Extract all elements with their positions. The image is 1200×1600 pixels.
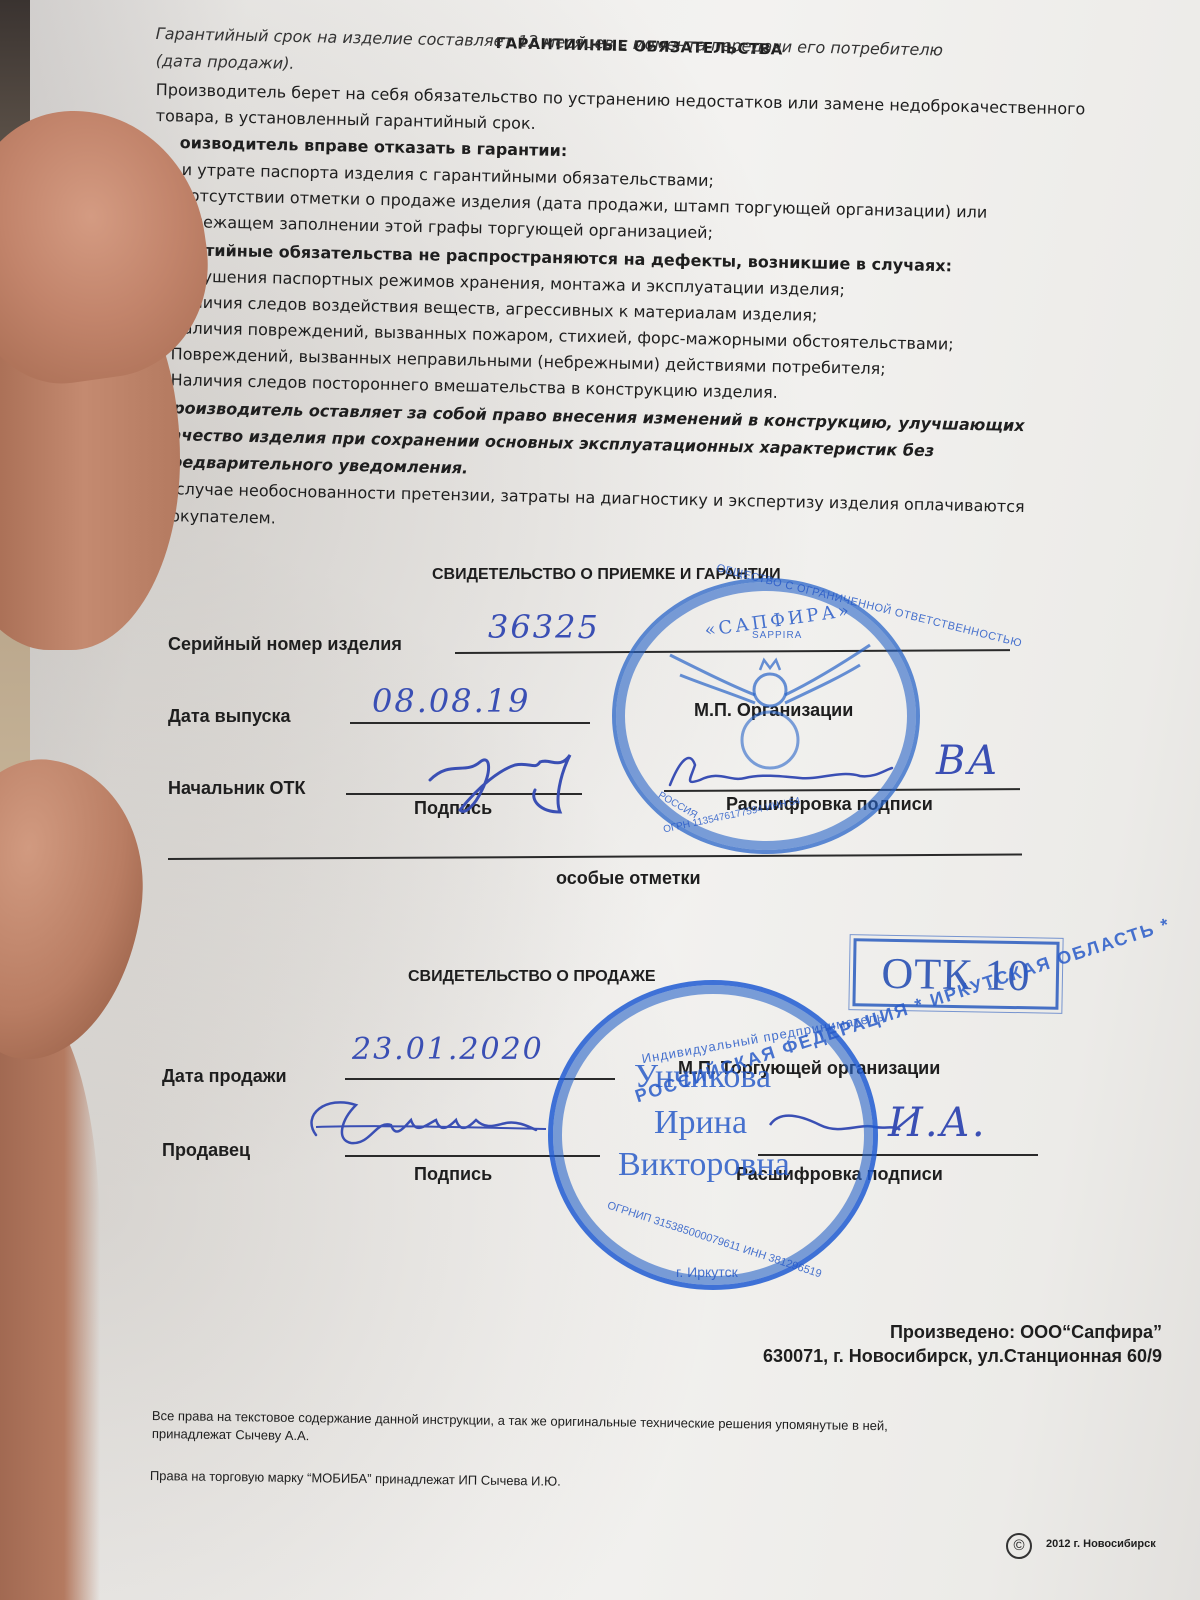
owl-emblem-icon <box>660 635 880 775</box>
release-date-label: Дата выпуска <box>168 706 291 727</box>
manufacturer-name: Произведено: ООО“Сапфира” <box>890 1322 1162 1343</box>
release-date-line <box>350 722 590 724</box>
seller-signature <box>296 1085 576 1165</box>
sale-date-label: Дата продажи <box>162 1066 287 1087</box>
otk-decode-value: ВА <box>936 738 1000 784</box>
claims-line-2: покупателем. <box>160 506 276 527</box>
serial-number-value: 36325 <box>488 608 600 646</box>
seller-stamp-name-line-3: Викторовна <box>618 1146 790 1184</box>
sale-date-value: 23.01.2020 <box>352 1032 544 1067</box>
special-marks-line <box>168 854 1022 860</box>
refusal-heading: оизводитель вправе отказать в гарантии: <box>180 133 568 160</box>
serial-number-label: Серийный номер изделия <box>168 634 402 655</box>
seller-stamp-city: г. Иркутск <box>676 1264 738 1280</box>
sale-certificate-title: СВИДЕТЕЛЬСТВО О ПРОДАЖЕ <box>408 968 656 986</box>
seller-label: Продавец <box>162 1140 250 1161</box>
exclusion-item: - Наличия следов постороннего вмешательс… <box>160 370 778 402</box>
copyright-icon: © <box>1006 1533 1032 1559</box>
manufacturer-address: 630071, г. Новосибирск, ул.Станционная 6… <box>763 1346 1162 1367</box>
release-date-value: 08.08.19 <box>372 682 531 720</box>
copyright-text: 2012 г. Новосибирск <box>1046 1538 1156 1550</box>
obligation-line-2: товара, в установленный гарантийный срок… <box>156 106 536 133</box>
otk-signature <box>420 740 590 820</box>
seller-signature-caption: Подпись <box>414 1164 492 1185</box>
rights-line-3: предварительного уведомления. <box>160 452 469 477</box>
seller-decode-value: И.А. <box>888 1100 987 1146</box>
seller-stamp-name-line-2: Ирина <box>654 1104 747 1142</box>
claims-line-1: В случае необоснованности претензии, зат… <box>160 479 1025 516</box>
seller-stamp-name-line-1: Унчикова <box>634 1058 771 1096</box>
warranty-term-line-2: (дата продажи). <box>156 51 295 73</box>
refusal-item-3: длежащем заполнении этой графы торгующей… <box>182 212 714 242</box>
footer-rights-line-2: принадлежат Сычеву А.А. <box>152 1426 310 1443</box>
footer-trademark: Права на торговую марку “МОБИБА” принадл… <box>150 1468 561 1489</box>
otk-head-label: Начальник ОТК <box>168 778 305 799</box>
refusal-item-1: и утрате паспорта изделия с гарантийными… <box>182 160 714 190</box>
special-marks-label: особые отметки <box>556 868 701 889</box>
